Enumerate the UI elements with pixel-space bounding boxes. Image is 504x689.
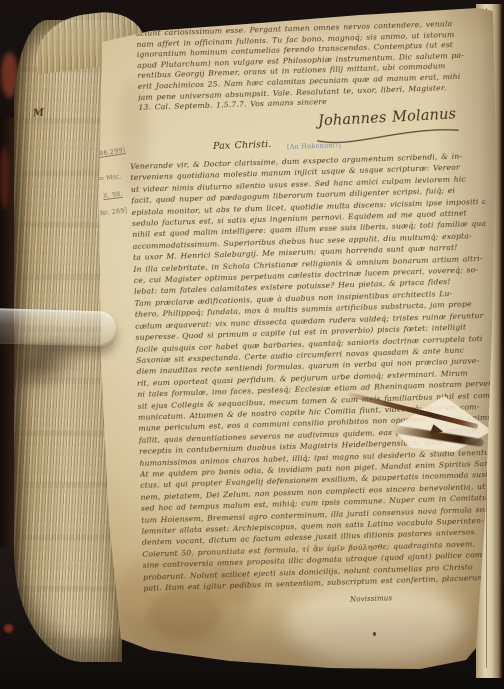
manuscript-line: sit ejus Collegis & sequacibus, mecum ta… bbox=[138, 389, 492, 412]
manuscript-line: mune periculum est, eos a communi consil… bbox=[138, 412, 492, 435]
page-holder-strip bbox=[0, 308, 116, 346]
manuscript-line: nam affert in officinam fullonis. Tu fac… bbox=[136, 29, 482, 50]
manuscript-line: rit, eum oporteat quasi perfidum, & perj… bbox=[137, 366, 491, 389]
manuscript-line: In illa celebritate, in Schola Christian… bbox=[133, 252, 487, 275]
pencil-shelfmark: 46.299) bbox=[99, 146, 126, 158]
manuscript-line: cælum æquaverat: vix nunc dissecta quæda… bbox=[135, 309, 489, 332]
manuscript-line: Tam præclaræ ædificationis, quæ à duabus… bbox=[134, 287, 488, 310]
manuscript-line: receptis in contubernium duobus istis Ma… bbox=[139, 435, 493, 458]
manuscript-line: apud Plutarchum) non vulgare est Philoso… bbox=[137, 50, 483, 71]
pencil-shelfmark: [= Msc. bbox=[96, 172, 123, 183]
manuscript-line: Saxoniæ sit exspectanda. Certe audio cir… bbox=[136, 344, 490, 367]
manuscript-line: ignorantium hominum contumelias ferendo … bbox=[137, 39, 483, 60]
manuscript-line: fallit, quas denuntiationes severas ne a… bbox=[139, 423, 493, 446]
signature-flourish bbox=[312, 121, 463, 151]
letter-salutation: Pax Christi. bbox=[213, 139, 272, 152]
paper-crease bbox=[392, 396, 492, 452]
manuscript-line: thero, Philippoq́; fundata, mox à multis… bbox=[135, 298, 489, 321]
manuscript-line: jam pene universam absumpsit. Vale. Resa… bbox=[138, 82, 484, 103]
letter-body: Venerande vir, & Doctor clarissime, dum … bbox=[130, 150, 497, 594]
fore-edge-mark: M bbox=[33, 108, 45, 120]
manuscript-line: ce, cui Magister optimus perpetuam cæles… bbox=[134, 264, 488, 287]
manuscript-line: nem, pietatem, Dei Zelum, non possum non… bbox=[140, 480, 494, 503]
manuscript-line: diem inauditas recte sentiendi formulas,… bbox=[136, 355, 490, 378]
page-stain bbox=[205, 566, 257, 606]
tear-ink-streak bbox=[392, 425, 484, 447]
manuscript-line: municatum. Attamen & de nostro capite hi… bbox=[138, 401, 492, 424]
manuscript-line: epistola monitor, ut abs te dum licet, q… bbox=[131, 195, 485, 218]
manuscript-line: ctus, ut qui propter Evangelij defension… bbox=[140, 469, 494, 492]
manuscript-line: facile quisquis cor habet quæ barbaries,… bbox=[136, 332, 490, 355]
page-stain bbox=[118, 80, 148, 200]
manuscript-line: sine controversia omnes proposita illic … bbox=[143, 549, 497, 572]
manuscript-line: ni tales formulæ, imo faces, pestesq́; E… bbox=[137, 378, 491, 401]
manuscript-line: Venerande vir, & Doctor clarissime, dum … bbox=[130, 150, 484, 173]
manuscript-line: nihil est quod malim intelligere: quam i… bbox=[132, 218, 486, 241]
red-edge-stain bbox=[0, 146, 9, 210]
manuscript-line: facit, quod nuper ad pædagogum liberorum… bbox=[131, 184, 485, 207]
manuscript-line: erit Joachimicos 25. Nam hæc calamitas p… bbox=[138, 71, 484, 92]
manuscript-line: sedulo facturus est, si satis ejus ingen… bbox=[132, 207, 486, 230]
manuscript-line: humanissimos animos charos habet, illiq́… bbox=[139, 446, 493, 469]
manuscript-line: dentem vocant, dictum ac factum adesse j… bbox=[142, 526, 496, 549]
manuscript-line: superesse. Quod si primum a capite (ut e… bbox=[135, 321, 489, 344]
manuscript-line: probarunt. Nolunt scilicet ejecti suis d… bbox=[143, 560, 497, 583]
manuscript-line: 13. Cal. Septemb. 1.5.7.7. Vos amans sin… bbox=[138, 92, 484, 113]
manuscript-line: sciunt cariosissimum esse. Pergant tamen… bbox=[136, 18, 482, 39]
manuscript-line: terveniens quotidiana molestia manum inj… bbox=[130, 161, 484, 184]
previous-letter-ending: sciunt cariosissimum esse. Pergant tamen… bbox=[136, 18, 484, 114]
manuscript-line: At me quidem pro bonis odia, & invidiam … bbox=[140, 458, 494, 481]
archivist-blue-annotation: [An Hubenum?] bbox=[287, 142, 341, 151]
manuscript-line: ta uxor M. Henrici Saleburgij. Me miseru… bbox=[133, 241, 487, 264]
page-stain bbox=[148, 588, 222, 640]
manuscript-line: rentibus Georgij Bremer, orans ut in rat… bbox=[137, 60, 483, 81]
faded-patch bbox=[285, 580, 465, 665]
signature-text: Johannes Molanus bbox=[318, 106, 457, 129]
manuscript-line: accommodatissimum. Superioribus diebus h… bbox=[133, 230, 487, 253]
manuscript-line: sed hoc ad tempus malum est, mihiq́; cum… bbox=[141, 492, 495, 515]
manuscript-line: pati. Itum est igitur pedibus in sentent… bbox=[143, 572, 497, 595]
red-edge-stain bbox=[4, 624, 13, 633]
manuscript-line: ut videar nimis diuturno silentio usus e… bbox=[131, 173, 485, 196]
catchword: Novissimus bbox=[350, 594, 392, 603]
manuscript-line: lemniter allata esset: Archiepiscopus, q… bbox=[141, 515, 495, 538]
tear-ink-streak bbox=[427, 422, 443, 436]
tear-ink-streak bbox=[347, 392, 478, 429]
signature: Johannes Molanus bbox=[318, 106, 457, 129]
manuscript-line: Coierunt 50. pronuntiata est formula, τί… bbox=[142, 538, 496, 561]
pencil-shelfmark: Nr. 289] bbox=[100, 206, 128, 217]
ink-dot bbox=[373, 632, 376, 636]
pencil-shelfmark: X. 98. bbox=[103, 190, 124, 200]
manuscript-line: tum Hoiensem, Bremensi agro conterminum,… bbox=[141, 503, 495, 526]
manuscript-photo: M sciunt cariosissimum esse. Pergant tam… bbox=[0, 0, 504, 689]
manuscript-line: lebat: tam fatales calamitates existere … bbox=[134, 275, 488, 298]
page-stain bbox=[112, 552, 252, 652]
